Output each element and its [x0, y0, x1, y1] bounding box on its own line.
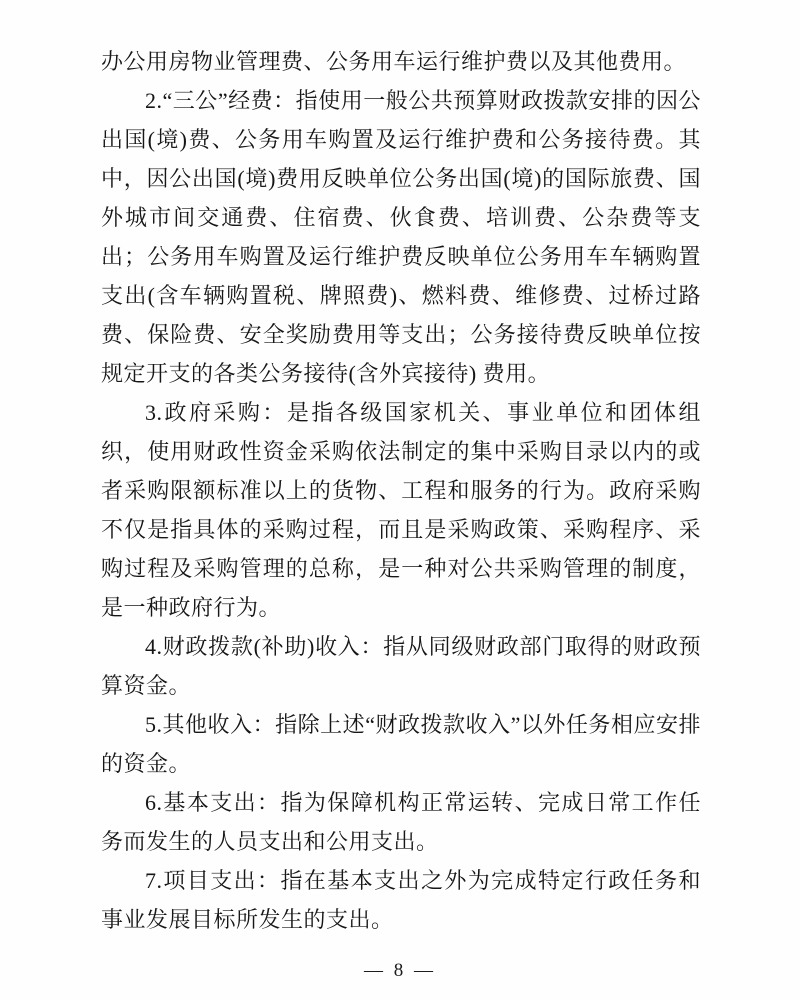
paragraph-basic-expenditure: 6.基本支出：指为保障机构正常运转、完成日常工作任务而发生的人员支出和公用支出。 — [101, 783, 701, 861]
paragraph-fiscal-appropriation-income: 4.财政拨款(补助)收入：指从同级财政部门取得的财政预算资金。 — [101, 627, 701, 705]
page-number: — 8 — — [0, 960, 800, 982]
paragraph-government-procurement: 3.政府采购：是指各级国家机关、事业单位和团体组织，使用财政性资金采购依法制定的… — [101, 393, 701, 627]
paragraph-other-income: 5.其他收入：指除上述“财政拨款收入”以外任务相应安排的资金。 — [101, 705, 701, 783]
paragraph-project-expenditure: 7.项目支出：指在基本支出之外为完成特定行政任务和事业发展目标所发生的支出。 — [101, 861, 701, 939]
paragraph-continuation: 办公用房物业管理费、公务用车运行维护费以及其他费用。 — [101, 42, 701, 81]
document-page: 办公用房物业管理费、公务用车运行维护费以及其他费用。 2.“三公”经费：指使用一… — [0, 0, 800, 1000]
document-body: 办公用房物业管理费、公务用车运行维护费以及其他费用。 2.“三公”经费：指使用一… — [101, 42, 701, 939]
paragraph-sangong-expenses: 2.“三公”经费：指使用一般公共预算财政拨款安排的因公出国(境)费、公务用车购置… — [101, 81, 701, 393]
